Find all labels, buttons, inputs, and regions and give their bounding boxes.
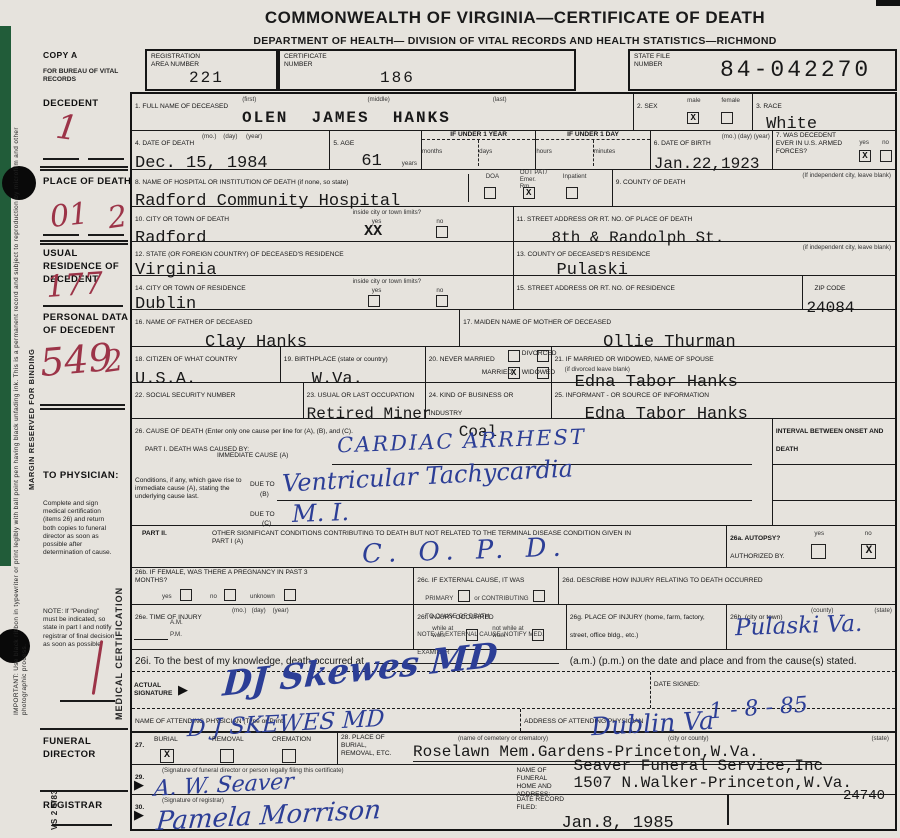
field-disposition: 27. BURIAL REMOVAL CREMATION X bbox=[132, 733, 338, 764]
doa-sublabel: DOA bbox=[486, 173, 499, 180]
field-pregnancy: 26b. IF FEMALE, WAS THERE A PREGNANCY IN… bbox=[132, 568, 414, 604]
field-describe-injury: 26d. DESCRIBE HOW INJURY RELATING TO DEA… bbox=[559, 568, 895, 604]
am-sublabel: A.M. bbox=[170, 619, 183, 626]
part2-value: C. O. P. D. bbox=[362, 532, 569, 569]
county-of-death-label: 9. COUNTY OF DEATH bbox=[616, 179, 686, 186]
registrar-arrow: ▶ bbox=[134, 807, 144, 823]
section-registrar: REGISTRAR bbox=[43, 800, 135, 813]
last-sublabel: (last) bbox=[493, 96, 507, 103]
field-street-of-death: 11. STREET ADDRESS OR RT. NO. OF PLACE O… bbox=[514, 207, 896, 241]
primary-sublabel: PRIMARY bbox=[425, 595, 453, 602]
under-1-day-label: IF UNDER 1 DAY bbox=[536, 131, 649, 140]
field-physician-address: ADDRESS OF ATTENDING PHYSICIAN Dublin Va bbox=[521, 709, 895, 731]
field-ssn: 22. SOCIAL SECURITY NUMBER bbox=[132, 383, 304, 418]
field-funeral-director-signature: 29. (Signature of funeral director or pe… bbox=[132, 765, 514, 794]
burial-sublabel: BURIAL bbox=[154, 736, 178, 744]
time-of-injury-sublabel: (mo.) (day) (year) bbox=[232, 607, 289, 614]
due-to-c-label: DUE TO bbox=[250, 511, 275, 519]
field-age: 5. AGE 61 years bbox=[330, 131, 422, 169]
immediate-cause-label: IMMEDIATE CAUSE (A) bbox=[217, 452, 288, 460]
field-father-name: 16. NAME OF FATHER OF DECEASED Clay Hank… bbox=[132, 310, 460, 346]
part2-label: PART II. bbox=[142, 530, 167, 538]
county-residence-label: 13. COUNTY OF DECEASED'S RESIDENCE bbox=[517, 251, 651, 258]
state-note: (state) bbox=[871, 735, 889, 742]
removal-checkbox bbox=[220, 749, 234, 763]
due-to-b-label: DUE TO bbox=[250, 481, 275, 489]
describe-injury-label: 26d. DESCRIBE HOW INJURY RELATING TO DEA… bbox=[562, 577, 762, 584]
field-race: 3. RACE White bbox=[753, 94, 895, 130]
section-funeral-director: FUNERAL DIRECTOR bbox=[43, 736, 135, 762]
field-state-of-residence: 12. STATE (OR FOREIGN COUNTRY) OF DECEAS… bbox=[132, 242, 514, 275]
field-hospital: 8. NAME OF HOSPITAL OR INSTITUTION OF DE… bbox=[132, 170, 468, 206]
residence-limits-question: inside city or town limits? bbox=[353, 278, 421, 285]
margin-code-residence: 177 bbox=[45, 266, 105, 305]
margin-code-place-2: 2 bbox=[106, 199, 130, 236]
residence-limits-no-sublabel: no bbox=[436, 287, 443, 294]
section-place-of-death: PLACE OF DEATH bbox=[43, 176, 135, 189]
margin-code-place: 01 bbox=[48, 196, 90, 235]
state-file-number-value: 84-042270 bbox=[720, 57, 871, 83]
interval-label: INTERVAL BETWEEN ONSET AND DEATH bbox=[776, 428, 883, 453]
county-of-death-note: (If independent city, leave blank) bbox=[802, 172, 891, 179]
zip-label: ZIP CODE bbox=[814, 285, 845, 292]
residence-limits-yes-sublabel: yes bbox=[372, 287, 382, 294]
field-date-signed: DATE SIGNED: 1 - 8 - 85 bbox=[651, 672, 895, 708]
armed-no-sublabel: no bbox=[882, 139, 889, 146]
armed-forces-label: 7. WAS DECEDENT EVER IN U.S. ARMED FORCE… bbox=[776, 132, 846, 156]
divorced-checkbox bbox=[537, 350, 549, 362]
removal-sublabel: REMOVAL bbox=[212, 736, 244, 744]
department-subtitle: DEPARTMENT OF HEALTH— DIVISION OF VITAL … bbox=[140, 35, 890, 47]
attestation-text-2: (a.m.) (p.m.) on the date and place and … bbox=[570, 656, 857, 667]
field-date-filed: DATE RECORD FILED: Jan.8, 1985 bbox=[514, 795, 728, 833]
field-marital-status: 20. NEVER MARRIED MARRIED X DIVORCED WID… bbox=[426, 347, 552, 382]
days-sublabel: days bbox=[479, 148, 492, 155]
funeral-home-address: 1507 N.Walker-Princeton,W.Va. bbox=[574, 774, 852, 792]
autopsy-authorized-label: AUTHORIZED BY. bbox=[730, 553, 784, 560]
margin-code-decedent: 1 bbox=[53, 107, 80, 150]
date-of-death-label: 4. DATE OF DEATH bbox=[135, 140, 194, 147]
cause-b-value: Ventricular Tachycardia bbox=[281, 454, 573, 497]
cremation-sublabel: CREMATION bbox=[272, 736, 311, 744]
cause-c-value: M. I. bbox=[292, 498, 350, 528]
autopsy-label: 26a. AUTOPSY? bbox=[730, 535, 780, 542]
field-armed-forces: 7. WAS DECEDENT EVER IN U.S. ARMED FORCE… bbox=[773, 131, 895, 169]
city-residence-label: 14. CITY OR TOWN OF RESIDENCE bbox=[135, 285, 246, 292]
pm-sublabel: P.M. bbox=[170, 631, 182, 638]
full-name-label: 1. FULL NAME OF DECEASED bbox=[135, 103, 228, 110]
state-file-number-box: STATE FILE NUMBER 84-042270 bbox=[628, 49, 897, 91]
inpatient-sublabel: Inpatient bbox=[563, 173, 587, 180]
first-sublabel: (first) bbox=[242, 96, 256, 103]
middle-sublabel: (middle) bbox=[367, 96, 389, 103]
physician-instructions: Complete and sign medical certification … bbox=[43, 500, 113, 558]
field-city-of-residence: 14. CITY OR TOWN OF RESIDENCE Dublin ins… bbox=[132, 276, 514, 309]
funeral-director-arrow: ▶ bbox=[134, 777, 144, 793]
residence-limits-no-checkbox bbox=[436, 295, 448, 307]
form-number: VS 2 5/83 bbox=[50, 755, 60, 830]
field-city-of-death: 10. CITY OR TOWN OF DEATH Radford inside… bbox=[132, 207, 514, 241]
city-of-death-label: 10. CITY OR TOWN OF DEATH bbox=[135, 216, 229, 223]
father-label: 16. NAME OF FATHER OF DECEASED bbox=[135, 319, 253, 326]
pregnancy-no-checkbox bbox=[224, 589, 236, 601]
hours-sublabel: hours bbox=[536, 148, 551, 155]
field-date-of-birth: 6. DATE OF BIRTH (mo.) (day) (year) Jan.… bbox=[651, 131, 773, 169]
never-married-label: 20. NEVER MARRIED bbox=[429, 356, 495, 363]
city-limits-question: inside city or town limits? bbox=[353, 209, 421, 216]
pregnancy-no-sublabel: no bbox=[210, 593, 217, 600]
place-of-burial-label: 28. PLACE OF BURIAL, REMOVAL, ETC. bbox=[341, 734, 401, 758]
primary-checkbox bbox=[458, 590, 470, 602]
section-decedent: DECEDENT bbox=[43, 98, 135, 111]
doa-checkbox bbox=[484, 187, 496, 199]
field-actual-signature: ACTUAL SIGNATURE ▶ DJ Skewes MD bbox=[132, 672, 651, 708]
field-sex: 2. SEX male female X bbox=[634, 94, 753, 130]
field-county-of-death: 9. COUNTY OF DEATH (If independent city,… bbox=[613, 170, 895, 206]
scan-corner-mark bbox=[876, 0, 900, 6]
time-of-injury-label: 26e. TIME OF INJURY bbox=[135, 614, 202, 621]
date-of-birth-label: 6. DATE OF BIRTH bbox=[654, 140, 711, 147]
field-physician-name: NAME OF ATTENDING PHYSICIAN (Type or Pri… bbox=[132, 709, 521, 731]
section-personal-data: PERSONAL DATA OF DECEDENT bbox=[43, 312, 135, 338]
hospital-label: 8. NAME OF HOSPITAL OR INSTITUTION OF DE… bbox=[135, 179, 348, 186]
sex-female-checkbox bbox=[721, 112, 733, 124]
certificate-number-box: CERTIFICATE NUMBER 186 bbox=[278, 49, 576, 91]
state-residence-label: 12. STATE (OR FOREIGN COUNTRY) OF DECEAS… bbox=[135, 251, 344, 258]
field-under-1-year: IF UNDER 1 YEAR months days bbox=[422, 131, 536, 169]
pregnancy-yes-sublabel: yes bbox=[162, 593, 172, 600]
registration-area-label: REGISTRATION AREA NUMBER bbox=[151, 53, 211, 69]
date-signed-label: DATE SIGNED: bbox=[654, 681, 700, 688]
bureau-label: FOR BUREAU OF VITAL RECORDS bbox=[43, 68, 131, 84]
pregnancy-unknown-checkbox bbox=[284, 589, 296, 601]
field-date-of-death: 4. DATE OF DEATH (mo.) (day) (year) Dec.… bbox=[132, 131, 330, 169]
field-autopsy: 26a. AUTOPSY? AUTHORIZED BY. yes no X bbox=[727, 526, 895, 567]
field-birthplace: 19. BIRTHPLACE (state or country) W.Va. bbox=[281, 347, 426, 382]
citizen-label: 18. CITIZEN OF WHAT COUNTRY bbox=[135, 356, 238, 363]
armed-no-checkbox bbox=[880, 150, 892, 162]
registration-area-value: 221 bbox=[189, 69, 224, 87]
field-county-of-residence: 13. COUNTY OF DECEASED'S RESIDENCE (if i… bbox=[514, 242, 896, 275]
section-to-physician: TO PHYSICIAN: bbox=[43, 470, 135, 483]
spouse-label: 21. IF MARRIED OR WIDOWED, NAME OF SPOUS… bbox=[555, 356, 714, 363]
armed-yes-sublabel: yes bbox=[859, 139, 869, 146]
race-label: 3. RACE bbox=[756, 103, 782, 110]
field-under-1-day: IF UNDER 1 DAY hours minutes bbox=[536, 131, 650, 169]
field-part2: PART II. OTHER SIGNIFICANT CONDITIONS CO… bbox=[132, 526, 727, 567]
field-full-name: 1. FULL NAME OF DECEASED (first) (middle… bbox=[132, 94, 634, 130]
sex-label: 2. SEX bbox=[637, 103, 658, 110]
injury-location-value: Pulaski Va. bbox=[735, 611, 863, 641]
city-county-note: (city or county) bbox=[668, 735, 709, 742]
b-tag: (B) bbox=[260, 491, 269, 499]
autopsy-no-checkbox: X bbox=[861, 544, 876, 559]
registration-area-box: REGISTRATION AREA NUMBER 221 bbox=[145, 49, 278, 91]
scan-edge bbox=[0, 26, 11, 566]
autopsy-yes-checkbox bbox=[811, 544, 826, 559]
injury-state-sublabel: (state) bbox=[874, 607, 892, 614]
street-residence-label: 15. STREET ADDRESS OR RT. NO. OF RESIDEN… bbox=[517, 285, 675, 292]
street-of-death-label: 11. STREET ADDRESS OR RT. NO. OF PLACE O… bbox=[517, 216, 693, 223]
industry-label: 24. KIND OF BUSINESS OR INDUSTRY bbox=[429, 392, 514, 417]
occupation-label: 23. USUAL OR LAST OCCUPATION bbox=[307, 392, 414, 399]
place-of-injury-label: 26g. PLACE OF INJURY (home, farm, factor… bbox=[570, 614, 705, 639]
field-time-of-injury: 26e. TIME OF INJURY (mo.) (day) (year) A… bbox=[132, 605, 414, 649]
married-checkbox: X bbox=[508, 367, 520, 379]
disposition-number: 27. bbox=[135, 742, 144, 749]
pending-note: NOTE: If "Pending" must be indicated, so… bbox=[43, 608, 115, 649]
burial-checkbox: X bbox=[160, 749, 174, 763]
widowed-checkbox bbox=[537, 367, 549, 379]
death-certificate-scan: IMPORTANT: Use black ribbon in typewrite… bbox=[0, 0, 900, 838]
actual-signature-label: ACTUAL SIGNATURE bbox=[134, 682, 178, 698]
cremation-checkbox bbox=[282, 749, 296, 763]
field-industry: 24. KIND OF BUSINESS OR INDUSTRY Coal bbox=[426, 383, 552, 418]
pregnancy-unknown-sublabel: unknown bbox=[250, 593, 275, 600]
field-registrar-signature: 30. (Signature of registrar) ▶ Pamela Mo… bbox=[132, 795, 514, 833]
copy-label: COPY A bbox=[43, 50, 135, 61]
spouse-note: (if divorced leave blank) bbox=[565, 366, 892, 373]
certificate-title: COMMONWEALTH OF VIRGINIA—CERTIFICATE OF … bbox=[140, 8, 890, 28]
margin-binding-text: MARGIN RESERVED FOR BINDING bbox=[27, 255, 36, 490]
contributing-sublabel: or CONTRIBUTING bbox=[474, 595, 528, 602]
outpatient-checkbox: X bbox=[523, 187, 535, 199]
sex-male-sublabel: male bbox=[687, 97, 700, 104]
field-occupation: 23. USUAL OR LAST OCCUPATION Retired Min… bbox=[304, 383, 426, 418]
age-years-sublabel: years bbox=[402, 160, 417, 167]
field-death-location-type: DOA OUT PAT/ Emer. Rm. Inpatient X bbox=[468, 170, 613, 206]
field-citizen: 18. CITIZEN OF WHAT COUNTRY U.S.A. bbox=[132, 347, 281, 382]
ssn-label: 22. SOCIAL SECURITY NUMBER bbox=[135, 392, 235, 399]
certificate-number-value: 186 bbox=[380, 69, 415, 87]
cause-of-death-label: 26. CAUSE OF DEATH (Enter only one cause… bbox=[135, 428, 353, 435]
date-filed-label: DATE RECORD FILED: bbox=[517, 796, 577, 812]
sex-female-sublabel: female bbox=[721, 97, 740, 104]
never-married-checkbox bbox=[508, 350, 520, 362]
residence-limits-yes-checkbox bbox=[368, 295, 380, 307]
not-while-at-work-checkbox bbox=[532, 629, 544, 641]
informant-label: 25. INFORMANT - OR SOURCE OF INFORMATION bbox=[555, 392, 709, 399]
date-of-death-sublabel: (mo.) (day) (year) bbox=[202, 133, 262, 140]
birthplace-label: 19. BIRTHPLACE (state or country) bbox=[284, 356, 388, 363]
pregnancy-label: 26b. IF FEMALE, WAS THERE A PREGNANCY IN… bbox=[135, 569, 335, 585]
field-funeral-home: NAME OF FUNERAL HOME AND ADDRESS: Seaver… bbox=[514, 765, 896, 794]
funeral-home-name: Seaver Funeral Service,Inc bbox=[574, 757, 824, 775]
conditions-note: Conditions, if any, which gave rise to i… bbox=[135, 477, 253, 501]
field-external-cause: 26c. IF EXTERNAL CAUSE, IT WAS PRIMARY o… bbox=[414, 568, 559, 604]
field-zip: ZIP CODE 24084 bbox=[803, 276, 895, 309]
limits-no-sublabel: no bbox=[436, 218, 443, 225]
signature-arrow: ▶ bbox=[178, 682, 188, 698]
field-cause-of-death: 26. CAUSE OF DEATH (Enter only one cause… bbox=[132, 419, 773, 525]
sex-male-checkbox: X bbox=[687, 112, 699, 124]
state-file-number-label: STATE FILE NUMBER bbox=[634, 53, 684, 69]
cause-a-value: CARDIAC ARRHEST bbox=[337, 425, 587, 458]
cemetery-note: (name of cemetery or crematory) bbox=[458, 735, 548, 742]
mother-label: 17. MAIDEN NAME OF MOTHER OF DECEASED bbox=[463, 319, 611, 326]
limits-yes-value: XX bbox=[364, 223, 382, 240]
field-interval: INTERVAL BETWEEN ONSET AND DEATH bbox=[773, 419, 895, 525]
autopsy-yes-sublabel: yes bbox=[814, 530, 824, 537]
limits-no-checkbox bbox=[436, 226, 448, 238]
external-cause-label: 26c. IF EXTERNAL CAUSE, IT WAS bbox=[417, 577, 524, 584]
date-filed-value: Jan.8, 1985 bbox=[562, 814, 725, 833]
pregnancy-yes-checkbox bbox=[180, 589, 192, 601]
autopsy-no-sublabel: no bbox=[865, 530, 872, 537]
months-sublabel: months bbox=[422, 148, 442, 155]
medical-certification-vertical-label: MEDICAL CERTIFICATION bbox=[114, 470, 125, 720]
armed-yes-checkbox: X bbox=[859, 150, 871, 162]
minutes-sublabel: minutes bbox=[594, 148, 616, 155]
county-residence-note: (if independent city, leave blank) bbox=[803, 244, 891, 251]
certificate-form: 1. FULL NAME OF DECEASED (first) (middle… bbox=[130, 92, 897, 831]
date-of-birth-sublabel: (mo.) (day) (year) bbox=[722, 133, 770, 140]
margin-code-personal-2: 2 bbox=[102, 343, 126, 380]
funeral-home-label: NAME OF FUNERAL HOME AND ADDRESS: bbox=[517, 767, 567, 799]
field-street-of-residence: 15. STREET ADDRESS OR RT. NO. OF RESIDEN… bbox=[514, 276, 804, 309]
contributing-checkbox bbox=[533, 590, 545, 602]
field-informant: 25. INFORMANT - OR SOURCE OF INFORMATION… bbox=[552, 383, 895, 418]
full-name-value: OLEN JAMES HANKS bbox=[242, 109, 451, 127]
age-label: 5. AGE bbox=[333, 140, 354, 147]
under-1-year-label: IF UNDER 1 YEAR bbox=[422, 131, 535, 140]
injury-occurred-label: 26f. INJURY OCCURRED bbox=[417, 614, 493, 621]
while-at-work-sublabel: while at work bbox=[432, 625, 462, 639]
field-spouse: 21. IF MARRIED OR WIDOWED, NAME OF SPOUS… bbox=[552, 347, 895, 382]
field-injury-location: 26h. (city or town) (county) (state) Pul… bbox=[727, 605, 895, 649]
certificate-number-label: CERTIFICATE NUMBER bbox=[284, 53, 344, 69]
inpatient-checkbox bbox=[566, 187, 578, 199]
field-mother-name: 17. MAIDEN NAME OF MOTHER OF DECEASED Ol… bbox=[460, 310, 895, 346]
field-place-of-injury: 26g. PLACE OF INJURY (home, farm, factor… bbox=[567, 605, 727, 649]
